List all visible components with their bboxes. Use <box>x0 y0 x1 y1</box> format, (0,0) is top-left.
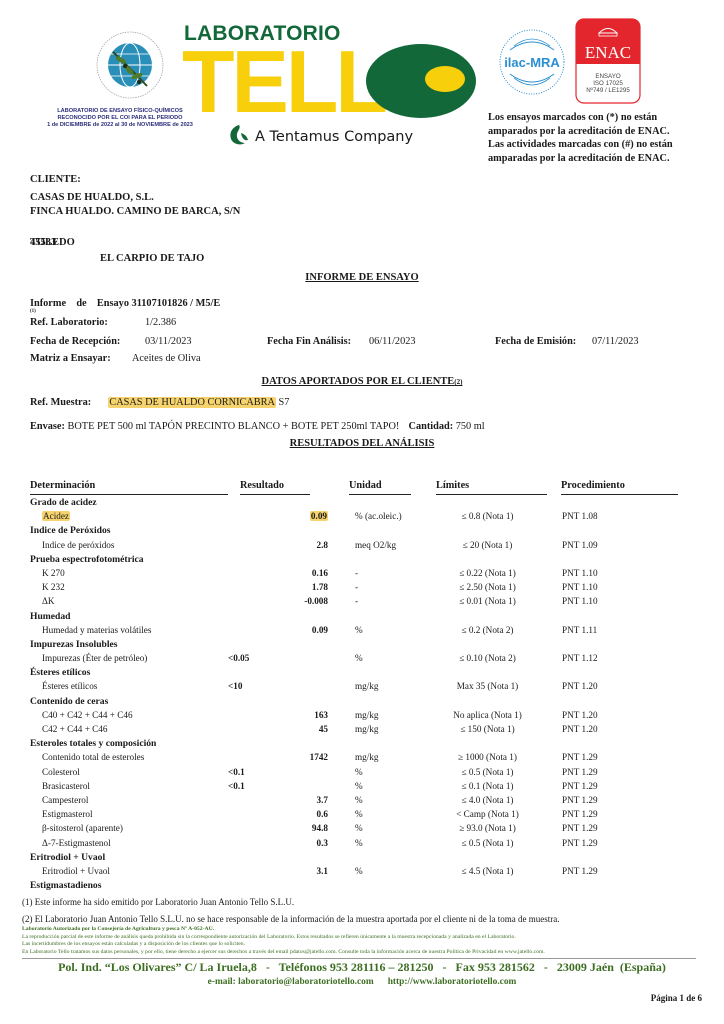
tentamus-brand: A Tentamus Company <box>228 124 413 150</box>
procedure-value: PNT 1.20 <box>562 724 598 734</box>
result-value: <0.1 <box>228 767 245 777</box>
procedure-value: PNT 1.29 <box>562 823 598 833</box>
limit-value: ≥ 93.0 (Nota 1) <box>430 823 545 833</box>
brand-tello: TELL <box>182 44 385 120</box>
table-row: Contenido total de esteroles1742mg/kg≥ 1… <box>30 752 690 766</box>
accreditation-note-line: amparadas por la acreditación de ENAC. <box>488 152 718 166</box>
determination-name: K 270 <box>42 568 65 578</box>
limit-value: ≤ 150 (Nota 1) <box>430 724 545 734</box>
limit-value: ≤ 0.10 (Nota 2) <box>430 653 545 663</box>
footer-divider <box>22 958 696 959</box>
unit-value: mg/kg <box>355 752 378 762</box>
group-name: Grado de acidez <box>30 497 97 508</box>
result-value: 0.3 <box>270 838 328 848</box>
table-row: C40 + C42 + C44 + C46163mg/kgNo aplica (… <box>30 710 690 724</box>
client-block: CLIENTE: CASAS DE HUALDO, S.L. FINCA HUA… <box>30 172 240 251</box>
unit-value: % <box>355 823 363 833</box>
result-value: <10 <box>228 681 242 691</box>
table-row: Indice de peróxidos2.8meq O2/kg≤ 20 (Not… <box>30 540 690 554</box>
result-value: 0.09 <box>270 511 328 521</box>
coi-olive-globe-icon <box>95 30 165 100</box>
fecha-emision-label: Fecha de Emisión: <box>495 336 576 347</box>
col-procedimiento: Procedimiento <box>561 480 678 495</box>
client-province: TOLEDO <box>30 235 240 251</box>
ref-muestra-row: Ref. Muestra: CASAS DE HUALDO CORNICABRA… <box>30 397 289 408</box>
group-name: Impurezas Insolubles <box>30 639 118 650</box>
procedure-value: PNT 1.20 <box>562 710 598 720</box>
ref-lab-value: 1/2.386 <box>145 317 176 328</box>
procedure-value: PNT 1.29 <box>562 752 598 762</box>
unit-value: % <box>355 866 363 876</box>
procedure-value: PNT 1.10 <box>562 582 598 592</box>
limit-value: ≤ 0.01 (Nota 1) <box>430 596 545 606</box>
determination-name: Colesterol <box>42 767 80 777</box>
ref-muestra-value-highlighted: CASAS DE HUALDO CORNICABRA <box>108 397 276 408</box>
envase-label: Envase: <box>30 421 65 432</box>
procedure-value: PNT 1.29 <box>562 866 598 876</box>
unit-value: % <box>355 809 363 819</box>
unit-value: mg/kg <box>355 681 378 691</box>
procedure-value: PNT 1.10 <box>562 568 598 578</box>
determination-name: ΔK <box>42 596 55 606</box>
procedure-value: PNT 1.29 <box>562 795 598 805</box>
ref-muestra-label: Ref. Muestra: <box>30 397 91 408</box>
client-postal-code: 45533 <box>30 235 56 251</box>
group-name: Eritrodiol + Uvaol <box>30 852 105 863</box>
procedure-value: PNT 1.29 <box>562 767 598 777</box>
limit-value: ≤ 4.5 (Nota 1) <box>430 866 545 876</box>
result-value: 2.8 <box>270 540 328 550</box>
result-value: 45 <box>270 724 328 734</box>
footer-contact: e-mail: laboratorio@laboratoriotello.com… <box>0 977 724 987</box>
table-group-row: Ésteres etílicos <box>30 667 690 681</box>
group-name: Prueba espectrofotométrica <box>30 554 144 565</box>
client-label: CLIENTE: <box>30 172 240 188</box>
limit-value: ≥ 1000 (Nota 1) <box>430 752 545 762</box>
footer-address: Pol. Ind. “Los Olivares” C/ La Iruela,8 … <box>0 960 724 975</box>
ref-lab-label-text: Ref. Laboratorio: <box>30 317 108 328</box>
determination-name: Eritrodiol + Uvaol <box>42 866 110 876</box>
svg-text:ENAC: ENAC <box>585 43 631 62</box>
matriz-label: Matriz a Ensayar: <box>30 353 111 364</box>
legal-line: Laboratorio Autorizado por la Consejería… <box>22 926 545 934</box>
legal-line: En Laboratorio Tello tratamos sus datos … <box>22 949 545 957</box>
envase-row: Envase: BOTE PET 500 ml TAPÓN PRECINTO B… <box>30 421 485 432</box>
col-determinacion: Determinación <box>30 480 228 495</box>
limit-value: ≤ 2.50 (Nota 1) <box>430 582 545 592</box>
table-row: Campesterol3.7%≤ 4.0 (Nota 1)PNT 1.29 <box>30 795 690 809</box>
limit-value: Max 35 (Nota 1) <box>430 681 545 691</box>
informe-number-row: Informe de Ensayo 31107101826 / M5/E <box>30 298 220 309</box>
determination-name: C42 + C44 + C46 <box>42 724 108 734</box>
result-value: <0.05 <box>228 653 249 663</box>
table-row: K 2700.16-≤ 0.22 (Nota 1)PNT 1.10 <box>30 568 690 582</box>
limit-value: ≤ 0.5 (Nota 1) <box>430 838 545 848</box>
determination-name: Contenido total de esteroles <box>42 752 144 762</box>
legal-line: La reproducción parcial de este informe … <box>22 934 545 942</box>
procedure-value: PNT 1.29 <box>562 809 598 819</box>
table-group-row: Estigmastadienos <box>30 880 690 894</box>
fecha-emision-value: 07/11/2023 <box>592 336 639 347</box>
determination-name: Brasicasterol <box>42 781 90 791</box>
determination-name: Indice de peróxidos <box>42 540 114 550</box>
client-data-title: DATOS APORTADOS POR EL CLIENTE(2) <box>0 376 724 387</box>
accreditation-note-line: Los ensayos marcados con (*) no están <box>488 111 718 125</box>
unit-value: % (ac.oleic.) <box>355 511 402 521</box>
determination-name: K 232 <box>42 582 65 592</box>
fecha-fin-value: 06/11/2023 <box>369 336 416 347</box>
legal-text: Laboratorio Autorizado por la Consejería… <box>22 926 545 956</box>
limit-value: ≤ 0.2 (Nota 2) <box>430 625 545 635</box>
results-title: RESULTADOS DEL ANÁLISIS <box>0 438 724 449</box>
col-resultado: Resultado <box>240 480 310 495</box>
determination-name: Campesterol <box>42 795 88 805</box>
result-value-highlight: 0.09 <box>310 511 328 521</box>
table-group-row: Eritrodiol + Uvaol <box>30 852 690 866</box>
matriz-value: Aceites de Oliva <box>132 353 201 364</box>
limit-value: < Camp (Nota 1) <box>430 809 545 819</box>
table-row: ΔK-0.008-≤ 0.01 (Nota 1)PNT 1.10 <box>30 596 690 610</box>
group-name: Estigmastadienos <box>30 880 101 891</box>
group-name: Contenido de ceras <box>30 696 108 707</box>
table-row: Impurezas (Éter de petróleo)<0.05%≤ 0.10… <box>30 653 690 667</box>
group-name: Indice de Peróxidos <box>30 525 110 536</box>
determination-name: Estigmasterol <box>42 809 93 819</box>
group-name: Esteroles totales y composición <box>30 738 156 749</box>
client-data-title-note: (2) <box>454 378 462 386</box>
envase-value: BOTE PET 500 ml TAPÓN PRECINTO BLANCO + … <box>67 421 399 432</box>
unit-value: % <box>355 625 363 635</box>
table-row: Acidez0.09% (ac.oleic.)≤ 0.8 (Nota 1)PNT… <box>30 511 690 525</box>
unit-value: - <box>355 596 358 606</box>
determination-name: Impurezas (Éter de petróleo) <box>42 653 147 663</box>
informe-value: 31107101826 / M5/E <box>132 298 221 309</box>
footnotes: (1) Este informe ha sido emitido por Lab… <box>22 894 560 928</box>
limit-value: ≤ 4.0 (Nota 1) <box>430 795 545 805</box>
unit-value: % <box>355 653 363 663</box>
tello-o-logo-icon <box>366 43 476 119</box>
unit-value: mg/kg <box>355 724 378 734</box>
fecha-fin-label: Fecha Fin Análisis: <box>267 336 351 347</box>
ref-lab-label: Ref. Laboratorio: <box>30 317 108 328</box>
client-city: EL CARPIO DE TAJO <box>100 251 204 267</box>
determination-name: C40 + C42 + C44 + C46 <box>42 710 133 720</box>
determination-name-highlight: Acidez <box>42 511 70 521</box>
procedure-value: PNT 1.08 <box>562 511 598 521</box>
tentamus-text: A Tentamus Company <box>255 129 413 145</box>
limit-value: ≤ 0.5 (Nota 1) <box>430 767 545 777</box>
result-value: 3.1 <box>270 866 328 876</box>
table-row: β-sitosterol (aparente)94.8%≥ 93.0 (Nota… <box>30 823 690 837</box>
limit-value: No aplica (Nota 1) <box>430 710 545 720</box>
result-value: 94.8 <box>270 823 328 833</box>
procedure-value: PNT 1.10 <box>562 596 598 606</box>
table-row: Colesterol<0.1%≤ 0.5 (Nota 1)PNT 1.29 <box>30 767 690 781</box>
limit-value: ≤ 0.22 (Nota 1) <box>430 568 545 578</box>
determination-name: Humedad y materias volátiles <box>42 625 151 635</box>
result-value: 0.6 <box>270 809 328 819</box>
unit-value: % <box>355 781 363 791</box>
table-row: Δ-7-Estigmastenol0.3%≤ 0.5 (Nota 1)PNT 1… <box>30 838 690 852</box>
unit-value: meq O2/kg <box>355 540 396 550</box>
svg-text:Nº749 / LE1295: Nº749 / LE1295 <box>586 87 630 94</box>
col-limites: Límites <box>436 480 547 495</box>
enac-logo: ENAC ENSAYO ISO 17025 Nº749 / LE1295 <box>575 18 641 104</box>
table-row: Humedad y materias volátiles0.09%≤ 0.2 (… <box>30 625 690 639</box>
svg-text:ISO 17025: ISO 17025 <box>593 80 623 87</box>
unit-value: % <box>355 838 363 848</box>
determination-name: Δ-7-Estigmastenol <box>42 838 111 848</box>
accreditation-note-line: amparados por la acreditación de ENAC. <box>488 125 718 139</box>
unit-value: - <box>355 582 358 592</box>
page-number: Página 1 de 6 <box>651 993 702 1003</box>
table-row: C42 + C44 + C4645mg/kg≤ 150 (Nota 1)PNT … <box>30 724 690 738</box>
result-value: 3.7 <box>270 795 328 805</box>
procedure-value: PNT 1.11 <box>562 625 597 635</box>
unit-value: % <box>355 795 363 805</box>
table-group-row: Esteroles totales y composición <box>30 738 690 752</box>
client-data-title-text: DATOS APORTADOS POR EL CLIENTE <box>262 376 455 387</box>
client-address: FINCA HUALDO. CAMINO DE BARCA, S/N <box>30 204 240 219</box>
table-group-row: Impurezas Insolubles <box>30 639 690 653</box>
procedure-value: PNT 1.12 <box>562 653 598 663</box>
table-group-row: Grado de acidez <box>30 497 690 511</box>
results-table-body: Grado de acidezAcidez0.09% (ac.oleic.)≤ … <box>30 497 690 894</box>
informe-label: Informe de Ensayo <box>30 298 129 309</box>
procedure-value: PNT 1.29 <box>562 781 598 791</box>
result-value: 163 <box>270 710 328 720</box>
fecha-recepcion-label: Fecha de Recepción: <box>30 336 120 347</box>
col-unidad: Unidad <box>349 480 411 495</box>
table-group-row: Humedad <box>30 611 690 625</box>
table-row: Eritrodiol + Uvaol3.1%≤ 4.5 (Nota 1)PNT … <box>30 866 690 880</box>
table-group-row: Indice de Peróxidos <box>30 525 690 539</box>
tentamus-leaf-icon <box>228 124 250 150</box>
report-title: INFORME DE ENSAYO <box>0 272 724 283</box>
unit-value: mg/kg <box>355 710 378 720</box>
table-group-row: Contenido de ceras <box>30 696 690 710</box>
determination-name: Ésteres etílicos <box>42 681 97 691</box>
result-value: 1742 <box>270 752 328 762</box>
table-row: Estigmasterol0.6%< Camp (Nota 1)PNT 1.29 <box>30 809 690 823</box>
table-row: Ésteres etílicos<10mg/kgMax 35 (Nota 1)P… <box>30 681 690 695</box>
unit-value: - <box>355 568 358 578</box>
table-row: K 2321.78-≤ 2.50 (Nota 1)PNT 1.10 <box>30 582 690 596</box>
determination-name: Acidez <box>42 511 70 521</box>
ilac-mra-logo-icon: ilac-MRA <box>498 28 566 96</box>
result-value: 1.78 <box>270 582 328 592</box>
table-group-row: Prueba espectrofotométrica <box>30 554 690 568</box>
accreditation-note-line: Las actividades marcadas con (#) no está… <box>488 138 718 152</box>
procedure-value: PNT 1.20 <box>562 681 598 691</box>
determination-name: β-sitosterol (aparente) <box>42 823 123 833</box>
procedure-value: PNT 1.09 <box>562 540 598 550</box>
limit-value: ≤ 0.1 (Nota 1) <box>430 781 545 791</box>
informe-overflow: (1) <box>30 309 36 314</box>
limit-value: ≤ 0.8 (Nota 1) <box>430 511 545 521</box>
result-value: <0.1 <box>228 781 245 791</box>
ref-muestra-value-rest: S7 <box>276 397 289 408</box>
group-name: Humedad <box>30 611 71 622</box>
legal-line: Las incertidumbres de los ensayos están … <box>22 941 545 949</box>
group-name: Ésteres etílicos <box>30 667 90 678</box>
procedure-value: PNT 1.29 <box>562 838 598 848</box>
footnote: (1) Este informe ha sido emitido por Lab… <box>22 894 560 911</box>
accreditation-note: Los ensayos marcados con (*) no están am… <box>488 111 718 165</box>
result-value: 0.16 <box>270 568 328 578</box>
svg-text:ilac-MRA: ilac-MRA <box>504 55 560 70</box>
client-name: CASAS DE HUALDO, S.L. <box>30 191 240 204</box>
unit-value: % <box>355 767 363 777</box>
cantidad-value: 750 ml <box>456 421 485 432</box>
svg-text:ENSAYO: ENSAYO <box>595 73 621 80</box>
fecha-recepcion-value: 03/11/2023 <box>145 336 192 347</box>
limit-value: ≤ 20 (Nota 1) <box>430 540 545 550</box>
table-row: Brasicasterol<0.1%≤ 0.1 (Nota 1)PNT 1.29 <box>30 781 690 795</box>
result-value: 0.09 <box>270 625 328 635</box>
cantidad-label: Cantidad: <box>409 421 454 432</box>
result-value: -0.008 <box>270 596 328 606</box>
